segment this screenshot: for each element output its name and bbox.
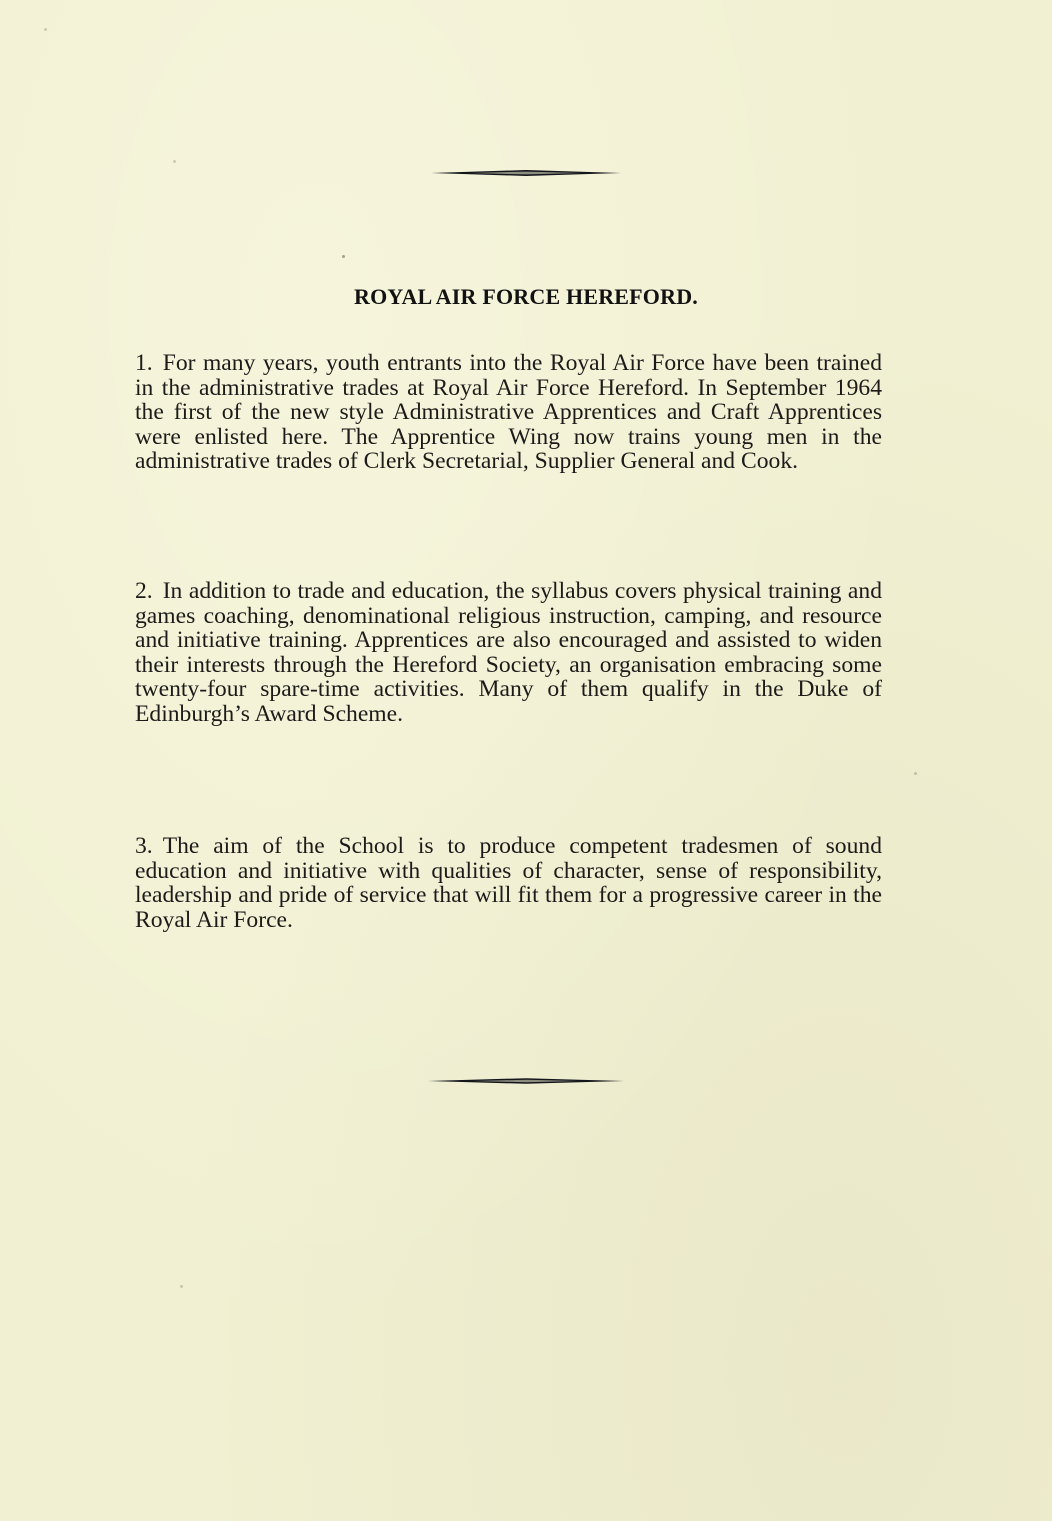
- paper-speck: [342, 255, 345, 258]
- paragraph-number: 3.: [135, 833, 153, 859]
- paragraph-1: 1.For many years, youth entrants into th…: [135, 351, 882, 474]
- paragraph-2: 2.In addition to trade and education, th…: [135, 579, 882, 727]
- bottom-rule-ornament: [428, 1074, 624, 1088]
- paper-speck: [173, 160, 176, 163]
- paragraph-text: The aim of the School is to produce comp…: [135, 833, 882, 933]
- paragraph-number: 2.: [135, 578, 153, 604]
- top-rule-ornament: [431, 166, 621, 180]
- paper-background: [0, 0, 1052, 1521]
- paragraph-text: For many years, youth entrants into the …: [135, 350, 882, 474]
- page-heading: ROYAL AIR FORCE HEREFORD.: [0, 284, 1052, 310]
- paragraph-3: 3.The aim of the School is to produce co…: [135, 834, 882, 932]
- paragraph-text: In addition to trade and education, the …: [135, 578, 882, 727]
- paper-speck: [180, 1285, 183, 1288]
- paper-speck: [914, 772, 917, 775]
- paragraph-number: 1.: [135, 350, 153, 376]
- paper-speck: [44, 28, 47, 31]
